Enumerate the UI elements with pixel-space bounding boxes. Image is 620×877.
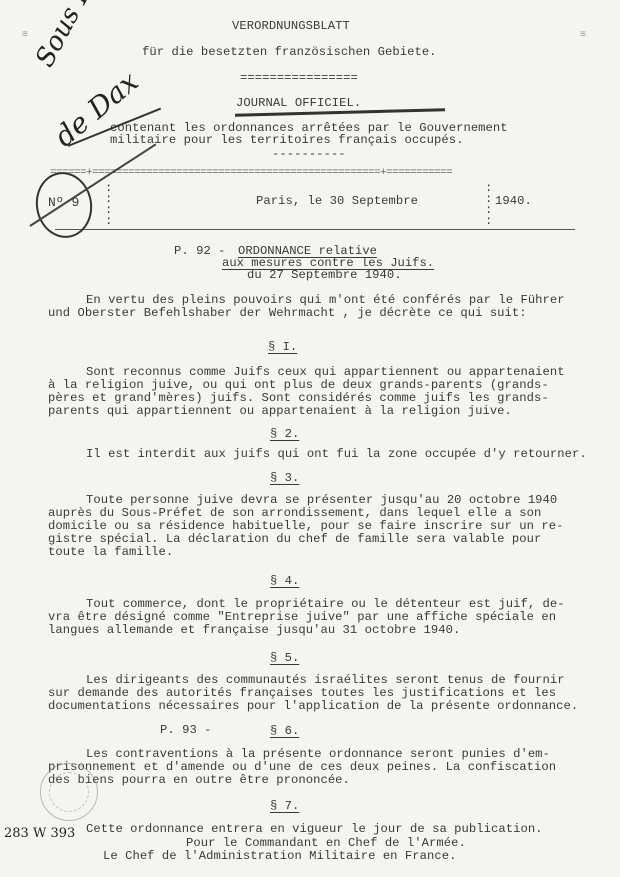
- margin-mark-right: ≡: [580, 30, 586, 41]
- section-text-line: Cette ordonnance entrera en vigueur le j…: [86, 823, 543, 836]
- issue-bar-bottom-rule: [55, 229, 575, 230]
- gazette-title: VERORDNUNGSBLATT: [232, 20, 350, 33]
- page-reference-93: P. 93 -: [160, 724, 212, 737]
- short-separator: ----------: [272, 148, 346, 161]
- section-text-line: langues allemande et française jusqu'au …: [48, 624, 460, 637]
- archive-stamp: [40, 763, 98, 821]
- section-heading: § 7.: [270, 799, 299, 813]
- archive-reference: 283 W 393: [4, 826, 75, 841]
- handwritten-note-line-1: Sous Préfecture: [30, 0, 156, 72]
- journal-title: JOURNAL OFFICIEL.: [236, 97, 361, 110]
- page-reference-92: P. 92 -: [174, 245, 226, 258]
- section-heading: § 5.: [270, 651, 299, 665]
- ordinance-date: du 27 Septembre 1940.: [247, 269, 402, 282]
- section-heading: § I.: [268, 340, 297, 354]
- document-page: ≡ ≡ VERORDNUNGSBLATT für die besetzten f…: [0, 0, 620, 877]
- gazette-subtitle: für die besetzten französischen Gebiete.: [142, 46, 437, 59]
- header-separator: ================: [240, 72, 358, 85]
- section-text-line: parents qui appartiennent ou appartenaie…: [48, 405, 512, 418]
- issue-bar-divider-left: ::::: [105, 183, 112, 227]
- signature-line-2: Le Chef de l'Administration Militaire en…: [103, 850, 456, 863]
- preamble-line-2: und Oberster Befehlshaber der Wehrmacht …: [48, 307, 527, 320]
- issue-bar-divider-right: ::::: [485, 183, 492, 227]
- issue-year: 1940.: [495, 195, 532, 208]
- section-text-line: toute la famille.: [48, 546, 173, 559]
- margin-mark-left: ≡: [22, 30, 28, 41]
- issue-place-date: Paris, le 30 Septembre: [256, 195, 418, 208]
- journal-description-line-2: militaire pour les territoires français …: [110, 134, 463, 147]
- section-text-line: documentations nécessaires pour l'applic…: [48, 700, 578, 713]
- section-heading: § 6.: [270, 724, 299, 738]
- section-heading: § 2.: [270, 427, 299, 441]
- section-heading: § 4.: [270, 574, 299, 588]
- section-text-line: Il est interdit aux juifs qui ont fui la…: [86, 448, 587, 461]
- section-heading: § 3.: [270, 471, 299, 485]
